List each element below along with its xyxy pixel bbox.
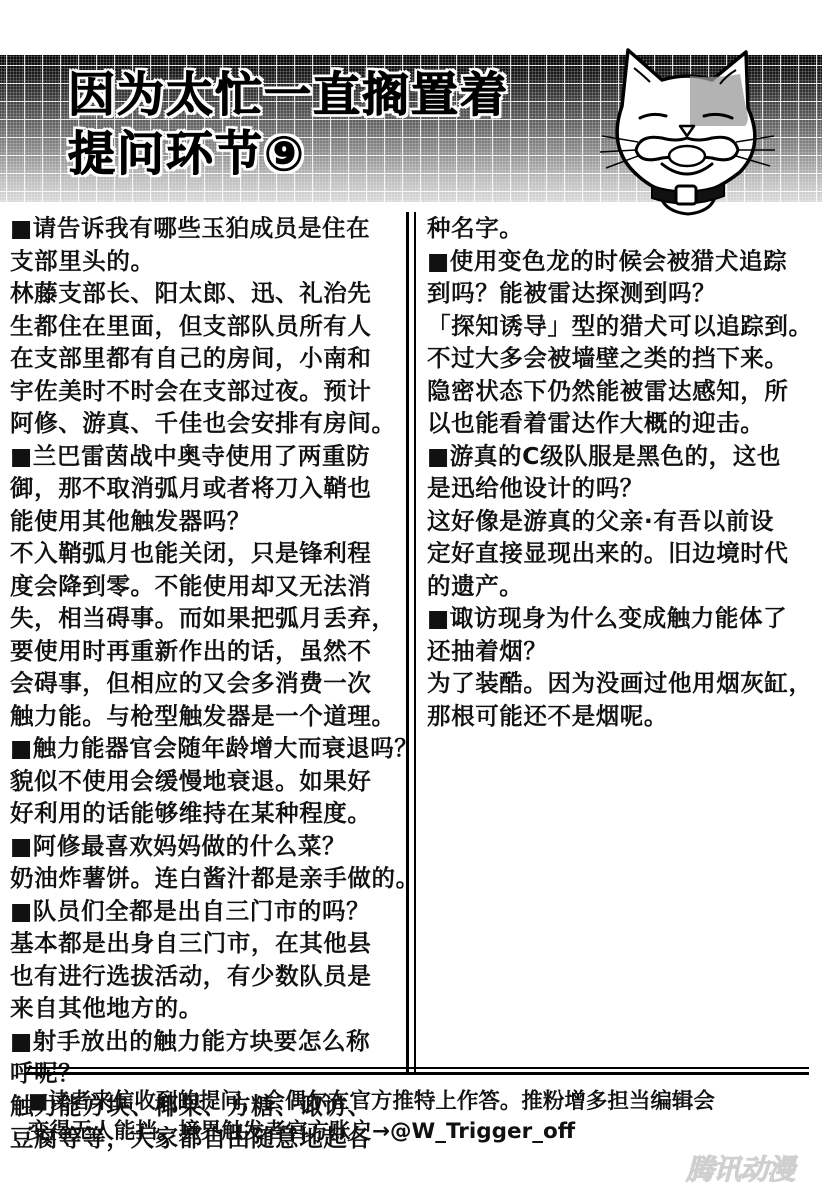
text-line: 这好像是游真的父亲·有吾以前设 — [427, 505, 817, 538]
column-divider — [406, 212, 409, 1072]
text-line: 触力能。与枪型触发器是一个道理。 — [10, 700, 405, 733]
text-line: ■射手放出的触力能方块要怎么称 — [10, 1025, 405, 1058]
text-line: 的遗产。 — [427, 570, 817, 603]
text-line: 宇佐美时不时会在支部过夜。预计 — [10, 375, 405, 408]
text-line: 为了装酷。因为没画过他用烟灰缸， — [427, 667, 817, 700]
text-line: 会碍事，但相应的又会多消费一次 — [10, 667, 405, 700]
text-line: ■队员们全都是出自三门市的吗？ — [10, 895, 405, 928]
text-line: ■请告诉我有哪些玉狛成员是住在 — [10, 212, 405, 245]
cat-mascot-icon — [600, 46, 775, 216]
qa-column-right: 种名字。 ■使用变色龙的时候会被猎犬追踪 到吗？能被雷达探测到吗？ 「探知诱导」… — [427, 212, 817, 732]
qa-column-left: ■请告诉我有哪些玉狛成员是住在 支部里头的。 林藤支部长、阳太郎、迅、礼治先 生… — [10, 212, 405, 1155]
text-line: 基本都是出身自三门市，在其他县 — [10, 927, 405, 960]
text-line: ■诹访现身为什么变成触力能体了 — [427, 602, 817, 635]
footer-line-1: ■读者来信收到的提问，会偶尔在官方推特上作答。推粉增多担当编辑会 — [28, 1087, 818, 1117]
text-line: 是迅给他设计的吗？ — [427, 472, 817, 505]
text-line: 那根可能还不是烟呢。 — [427, 700, 817, 733]
text-line: 阿修、游真、千佳也会安排有房间。 — [10, 407, 405, 440]
text-line: 到吗？能被雷达探测到吗？ — [427, 277, 817, 310]
text-line: 支部里头的。 — [10, 245, 405, 278]
footer-divider — [25, 1067, 809, 1069]
text-line: 好利用的话能够维持在某种程度。 — [10, 797, 405, 830]
text-line: ■兰巴雷茵战中奥寺使用了两重防 — [10, 440, 405, 473]
text-line: 御，那不取消弧月或者将刀入鞘也 — [10, 472, 405, 505]
text-line: ■游真的C级队服是黑色的，这也 — [427, 440, 817, 473]
text-line: 要使用时再重新作出的话，虽然不 — [10, 635, 405, 668]
text-line: 能使用其他触发器吗？ — [10, 505, 405, 538]
text-line: 还抽着烟？ — [427, 635, 817, 668]
text-line: 林藤支部长、阳太郎、迅、礼治先 — [10, 277, 405, 310]
text-line: 以也能看着雷达作大概的迎击。 — [427, 407, 817, 440]
text-line: 奶油炸薯饼。连白酱汁都是亲手做的。 — [10, 862, 405, 895]
text-line: 「探知诱导」型的猎犬可以追踪到。 — [427, 310, 817, 343]
text-line: ■阿修最喜欢妈妈做的什么菜？ — [10, 830, 405, 863]
page-title-line-2: 提问环节⑨ — [68, 131, 306, 178]
text-line: 在支部里都有自己的房间，小南和 — [10, 342, 405, 375]
footer-note: ■读者来信收到的提问，会偶尔在官方推特上作答。推粉增多担当编辑会 变得无人能挡。… — [28, 1087, 818, 1147]
text-line: 也有进行选拔活动，有少数队员是 — [10, 960, 405, 993]
text-line: 失，相当碍事。而如果把弧月丢弃， — [10, 602, 405, 635]
page-title-line-1: 因为太忙一直搁置着 — [68, 72, 509, 119]
text-line: 隐密状态下仍然能被雷达感知，所 — [427, 375, 817, 408]
text-line: 度会降到零。不能使用却又无法消 — [10, 570, 405, 603]
text-line: 生都住在里面，但支部队员所有人 — [10, 310, 405, 343]
footer-divider-thick — [25, 1072, 809, 1075]
watermark-logo: 腾讯动漫 — [686, 1148, 794, 1188]
column-divider-inner — [414, 212, 416, 1072]
text-line: 不过大多会被墙壁之类的挡下来。 — [427, 342, 817, 375]
text-line: ■触力能器官会随年龄增大而衰退吗？ — [10, 732, 405, 765]
text-line: ■使用变色龙的时候会被猎犬追踪 — [427, 245, 817, 278]
footer-line-2: 变得无人能挡。境界触发者官方账户→@W_Trigger_off — [28, 1117, 818, 1147]
text-line: 种名字。 — [427, 212, 817, 245]
text-line: 定好直接显现出来的。旧边境时代 — [427, 537, 817, 570]
text-line: 不入鞘弧月也能关闭，只是锋利程 — [10, 537, 405, 570]
text-line: 来自其他地方的。 — [10, 992, 405, 1025]
text-line: 貌似不使用会缓慢地衰退。如果好 — [10, 765, 405, 798]
